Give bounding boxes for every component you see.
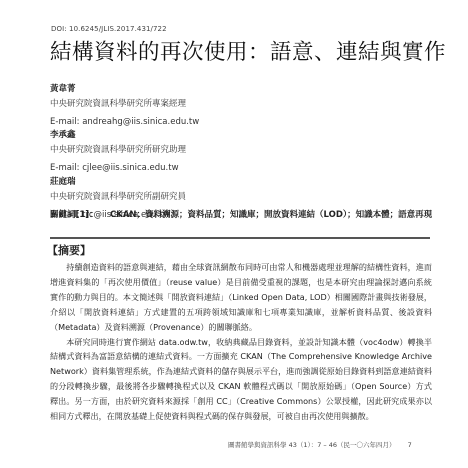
author-name: 莊庭瑞 bbox=[50, 175, 430, 187]
author-affiliation: 中央研究院資訊科學研究所副研究員 bbox=[50, 190, 430, 202]
journal-citation: 圖書館學與資訊科學 43（1）：7 – 46（民一〇六年四月） bbox=[228, 441, 396, 449]
keywords: 關鍵詞[1]： CKAN；資料溯源；資料品質；知識庫；開放資料連結（LOD）；知… bbox=[50, 209, 440, 221]
keywords-label: 關鍵詞[1]： bbox=[50, 209, 110, 221]
paper-title: 結構資料的再次使用：語意、連結與實作 bbox=[50, 35, 446, 66]
author-email: E-mail: andreahg@iis.sinica.edu.tw bbox=[50, 117, 430, 127]
author-affiliation: 中央研究院資訊科學研究所專案經理 bbox=[50, 97, 430, 109]
page-footer: 圖書館學與資訊科學 43（1）：7 – 46（民一〇六年四月） 7 bbox=[228, 440, 412, 449]
abstract-paragraph: 持續創造資料的語意與連結，藉由全球資訊網散布同時可由常人和機器處理並理解的結構性… bbox=[50, 260, 432, 335]
page-number: 7 bbox=[408, 441, 412, 449]
author-affiliation: 中央研究院資訊科學研究所研究助理 bbox=[50, 143, 430, 155]
author-block: 黃韋菁 中央研究院資訊科學研究所專案經理 E-mail: andreahg@ii… bbox=[50, 82, 430, 127]
keywords-value: CKAN；資料溯源；資料品質；知識庫；開放資料連結（LOD）；知識本體；語意再現 bbox=[110, 209, 440, 221]
section-divider bbox=[50, 237, 430, 239]
abstract-heading: 【摘要】 bbox=[47, 242, 91, 258]
author-name: 黃韋菁 bbox=[50, 82, 430, 94]
author-name: 李承鑫 bbox=[50, 128, 430, 140]
abstract-body: 持續創造資料的語意與連結，藉由全球資訊網散布同時可由常人和機器處理並理解的結構性… bbox=[50, 260, 432, 424]
abstract-paragraph: 本研究同時進行實作網站 data.odw.tw，收納典藏品目錄資料，並設計知識本… bbox=[50, 335, 432, 424]
doi-line: DOI: 10.6245/JLIS.2017.431/722 bbox=[51, 25, 167, 33]
author-email: E-mail: cjlee@iis.sinica.edu.tw bbox=[50, 163, 430, 173]
author-block: 李承鑫 中央研究院資訊科學研究所研究助理 E-mail: cjlee@iis.s… bbox=[50, 128, 430, 173]
